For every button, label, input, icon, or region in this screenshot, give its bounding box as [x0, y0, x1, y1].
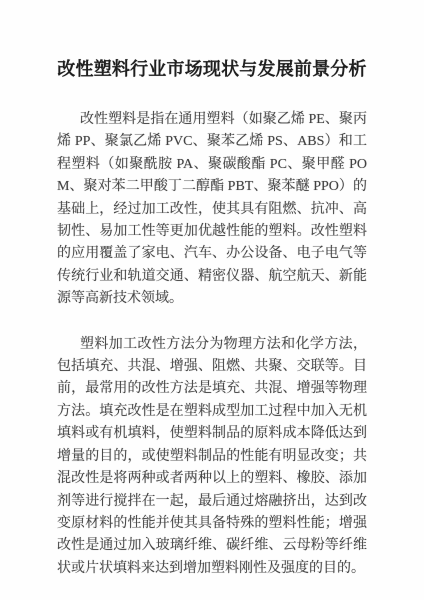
document-title: 改性塑料行业市场现状与发展前景分析	[0, 0, 424, 82]
document-page: 改性塑料行业市场现状与发展前景分析 改性塑料是指在通用塑料（如聚乙烯 PE、聚丙…	[0, 0, 424, 600]
paragraph-intro-modified-plastics: 改性塑料是指在通用塑料（如聚乙烯 PE、聚丙烯 PP、聚氯乙烯 PVC、聚苯乙烯…	[57, 109, 367, 311]
document-body: 改性塑料是指在通用塑料（如聚乙烯 PE、聚丙烯 PP、聚氯乙烯 PVC、聚苯乙烯…	[57, 109, 367, 580]
paragraph-modification-methods: 塑料加工改性方法分为物理方法和化学方法，包括填充、共混、增强、阻燃、共聚、交联等…	[57, 334, 367, 580]
